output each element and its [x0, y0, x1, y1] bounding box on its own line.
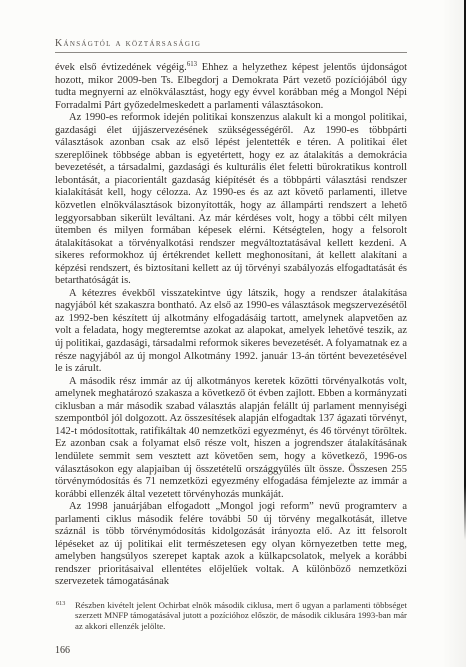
paragraph-text: évek első évtizedének végéig. — [55, 62, 187, 73]
page-number: 166 — [55, 645, 407, 656]
footnote: 613 Részben kivételt jelent Ochirbat eln… — [55, 600, 407, 631]
paragraph: A kétezres évekből visszatekintve úgy lá… — [55, 288, 407, 376]
footnote-reference: 613 — [187, 61, 197, 68]
page-content: Kánságtól a köztársaságig évek első évti… — [55, 38, 407, 656]
paragraph: Az 1990-es reformok idején politikai kon… — [55, 112, 407, 288]
paragraph: évek első évtizedének végéig.613 Ehhez a… — [55, 62, 407, 112]
footnote-marker: 613 — [56, 599, 65, 609]
running-head-title: Kánságtól a köztársaságig — [55, 38, 407, 52]
book-page: Kánságtól a köztársaságig évek első évti… — [0, 0, 466, 667]
footnote-text: Részben kivételt jelent Ochirbat elnök m… — [75, 600, 407, 631]
running-head-rule — [55, 52, 407, 53]
body-text: évek első évtizedének végéig.613 Ehhez a… — [55, 62, 407, 589]
page-edge-shadow — [442, 0, 466, 667]
paragraph: Az 1998 januárjában elfogadott „Mongol j… — [55, 501, 407, 589]
paragraph: A második rész immár az új alkotmányos k… — [55, 376, 407, 501]
